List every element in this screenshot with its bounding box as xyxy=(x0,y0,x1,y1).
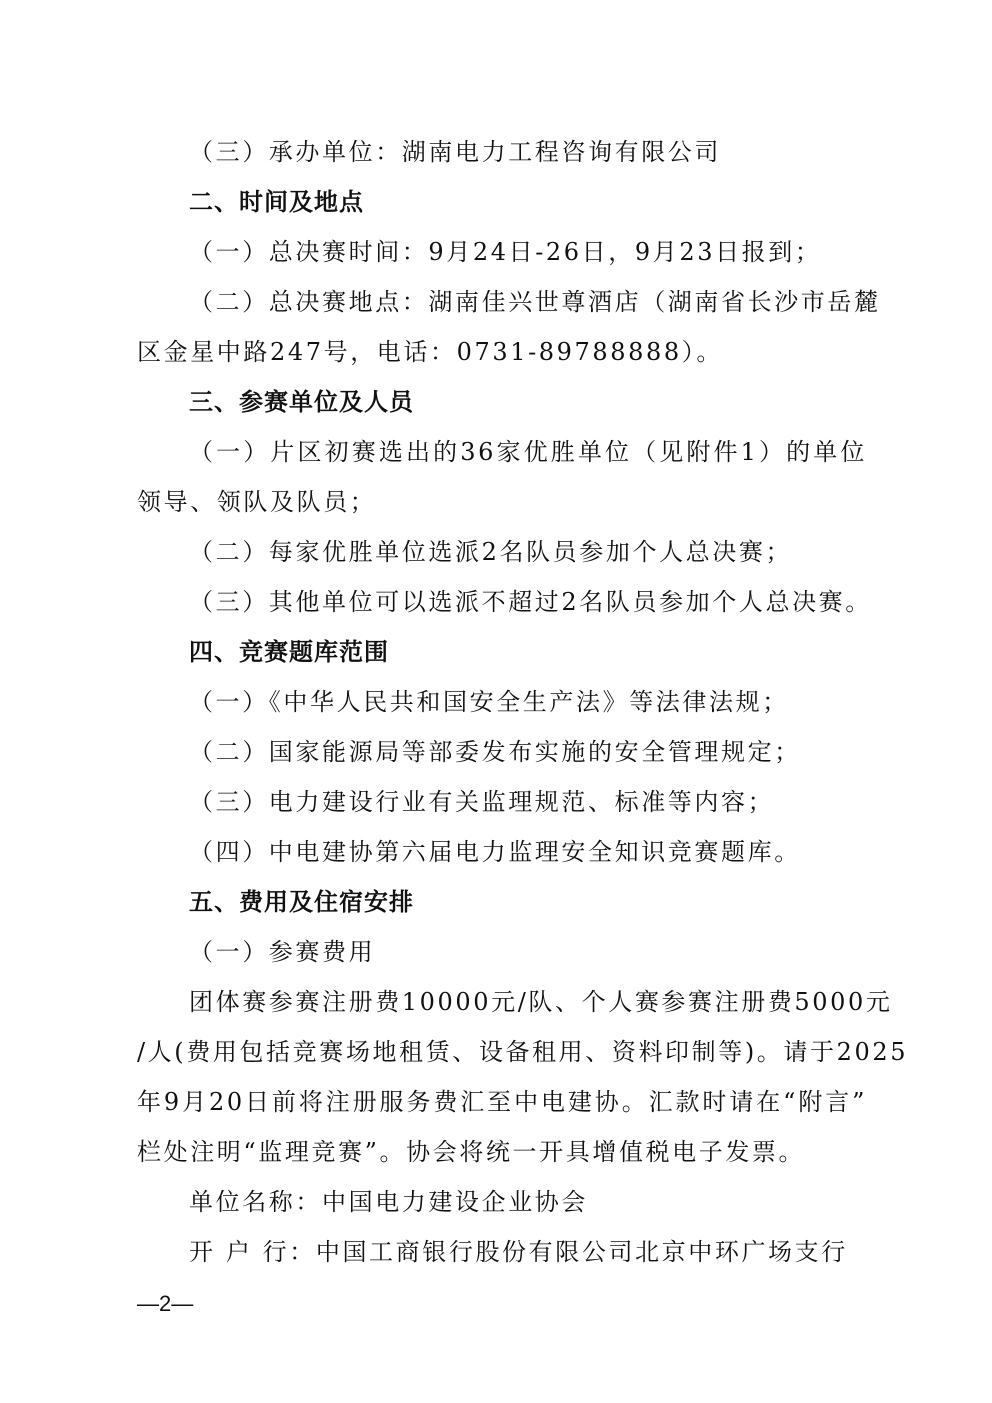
account-name-line: 单位名称：中国电力建设企业协会 xyxy=(137,1177,867,1227)
final-venue-line-1: （二）总决赛地点：湖南佳兴世尊酒店（湖南省长沙市岳麓 xyxy=(137,277,867,327)
question-bank-item-4: （四）中电建协第六届电力监理安全知识竞赛题库。 xyxy=(137,827,867,877)
question-bank-item-3: （三）电力建设行业有关监理规范、标准等内容； xyxy=(137,777,867,827)
final-time-line: （一）总决赛时间：9月24日-26日，9月23日报到； xyxy=(137,227,867,277)
question-bank-item-1: （一）《中华人民共和国安全生产法》等法律法规； xyxy=(137,677,867,727)
fees-paragraph-line-4: 栏处注明“监理竞赛”。协会将统一开具增值税电子发票。 xyxy=(137,1127,867,1177)
fees-paragraph-line-1: 团体赛参赛注册费10000元/队、个人赛参赛注册费5000元 xyxy=(137,977,867,1027)
final-venue-line-2: 区金星中路247号，电话：0731-89788888）。 xyxy=(137,327,867,377)
section-heading-question-bank: 四、竞赛题库范围 xyxy=(137,627,867,677)
section-heading-participants: 三、参赛单位及人员 xyxy=(137,377,867,427)
fees-paragraph-line-2: /人(费用包括竞赛场地租赁、设备租用、资料印制等)。请于2025 xyxy=(137,1027,867,1077)
organizer-line: （三）承办单位：湖南电力工程咨询有限公司 xyxy=(137,127,867,177)
participants-item-1-line-1: （一）片区初赛选出的36家优胜单位（见附件1）的单位 xyxy=(137,427,867,477)
participants-item-1-line-2: 领导、领队及队员； xyxy=(137,477,867,527)
bank-line: 开 户 行：中国工商银行股份有限公司北京中环广场支行 xyxy=(137,1227,867,1277)
page-number: —2— xyxy=(137,1291,193,1317)
document-page: （三）承办单位：湖南电力工程咨询有限公司 二、时间及地点 （一）总决赛时间：9月… xyxy=(137,127,867,1277)
participants-item-2: （二）每家优胜单位选派2名队员参加个人总决赛； xyxy=(137,527,867,577)
section-heading-time-place: 二、时间及地点 xyxy=(137,177,867,227)
participants-item-3: （三）其他单位可以选派不超过2名队员参加个人总决赛。 xyxy=(137,577,867,627)
question-bank-item-2: （二）国家能源局等部委发布实施的安全管理规定； xyxy=(137,727,867,777)
fees-paragraph-line-3: 年9月20日前将注册服务费汇至中电建协。汇款时请在“附言” xyxy=(137,1077,867,1127)
fees-subheading: （一）参赛费用 xyxy=(137,927,867,977)
section-heading-fees-lodging: 五、费用及住宿安排 xyxy=(137,877,867,927)
